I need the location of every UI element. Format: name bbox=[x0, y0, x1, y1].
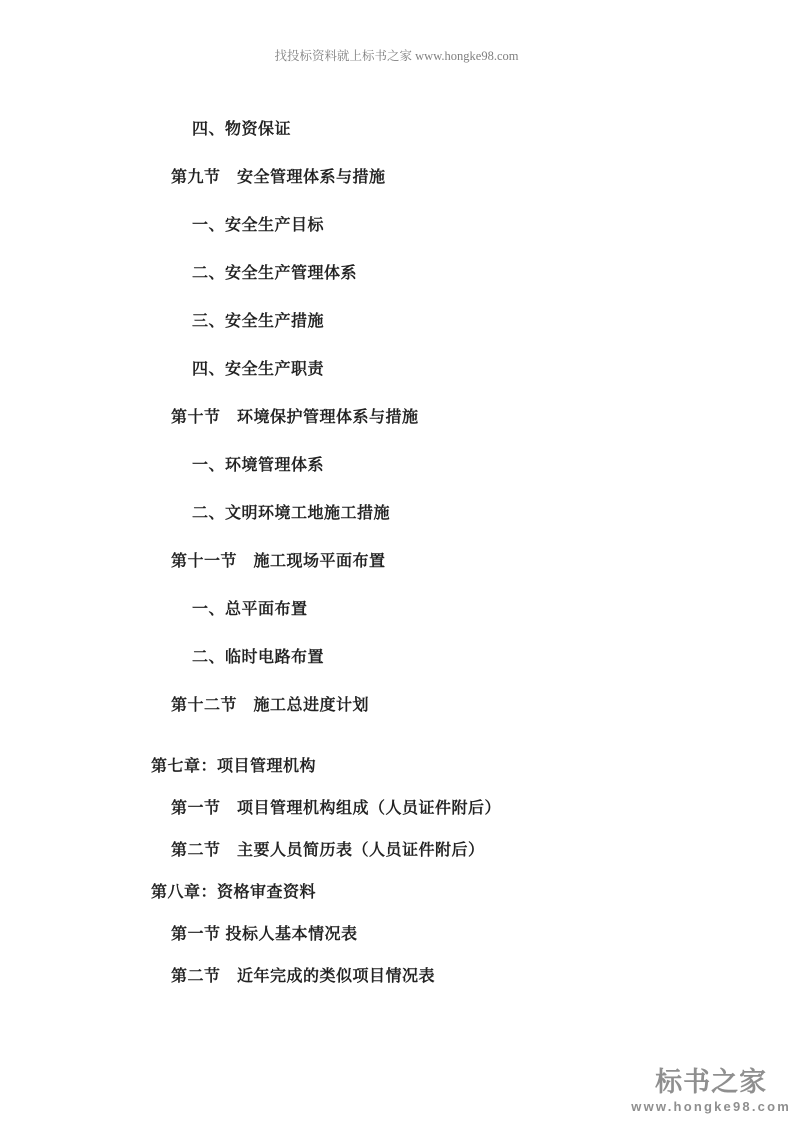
toc-item: 第七章：项目管理机构 bbox=[0, 743, 793, 785]
site-watermark: 标书之家 www.hongke98.com bbox=[631, 1067, 791, 1114]
document-page: 找投标资料就上标书之家 www.hongke98.com 四、物资保证第九节 安… bbox=[0, 0, 793, 1122]
toc-item: 第八章：资格审查资料 bbox=[0, 869, 793, 911]
toc-item: 三、安全生产措施 bbox=[0, 295, 793, 343]
toc-item: 第一节 项目管理机构组成（人员证件附后） bbox=[0, 785, 793, 827]
watermark-url-text: www.hongke98.com bbox=[631, 1099, 791, 1114]
toc-item: 第十节 环境保护管理体系与措施 bbox=[0, 391, 793, 439]
toc-item: 二、安全生产管理体系 bbox=[0, 247, 793, 295]
toc-sections-list: 四、物资保证第九节 安全管理体系与措施一、安全生产目标二、安全生产管理体系三、安… bbox=[0, 103, 793, 727]
toc-item: 第一节 投标人基本情况表 bbox=[0, 911, 793, 953]
toc-item: 第十一节 施工现场平面布置 bbox=[0, 535, 793, 583]
toc-item: 二、文明环境工地施工措施 bbox=[0, 487, 793, 535]
toc-item: 一、安全生产目标 bbox=[0, 199, 793, 247]
header-watermark-text: 找投标资料就上标书之家 www.hongke98.com bbox=[0, 0, 793, 65]
toc-item: 第二节 近年完成的类似项目情况表 bbox=[0, 953, 793, 995]
toc-chapters-list: 第七章：项目管理机构第一节 项目管理机构组成（人员证件附后）第二节 主要人员简历… bbox=[0, 743, 793, 995]
toc-item: 第二节 主要人员简历表（人员证件附后） bbox=[0, 827, 793, 869]
toc-item: 第九节 安全管理体系与措施 bbox=[0, 151, 793, 199]
toc-item: 第十二节 施工总进度计划 bbox=[0, 679, 793, 727]
toc-item: 二、临时电路布置 bbox=[0, 631, 793, 679]
watermark-brand-text: 标书之家 bbox=[631, 1067, 791, 1097]
toc-item: 四、安全生产职责 bbox=[0, 343, 793, 391]
toc-item: 四、物资保证 bbox=[0, 103, 793, 151]
toc-item: 一、环境管理体系 bbox=[0, 439, 793, 487]
toc-item: 一、总平面布置 bbox=[0, 583, 793, 631]
